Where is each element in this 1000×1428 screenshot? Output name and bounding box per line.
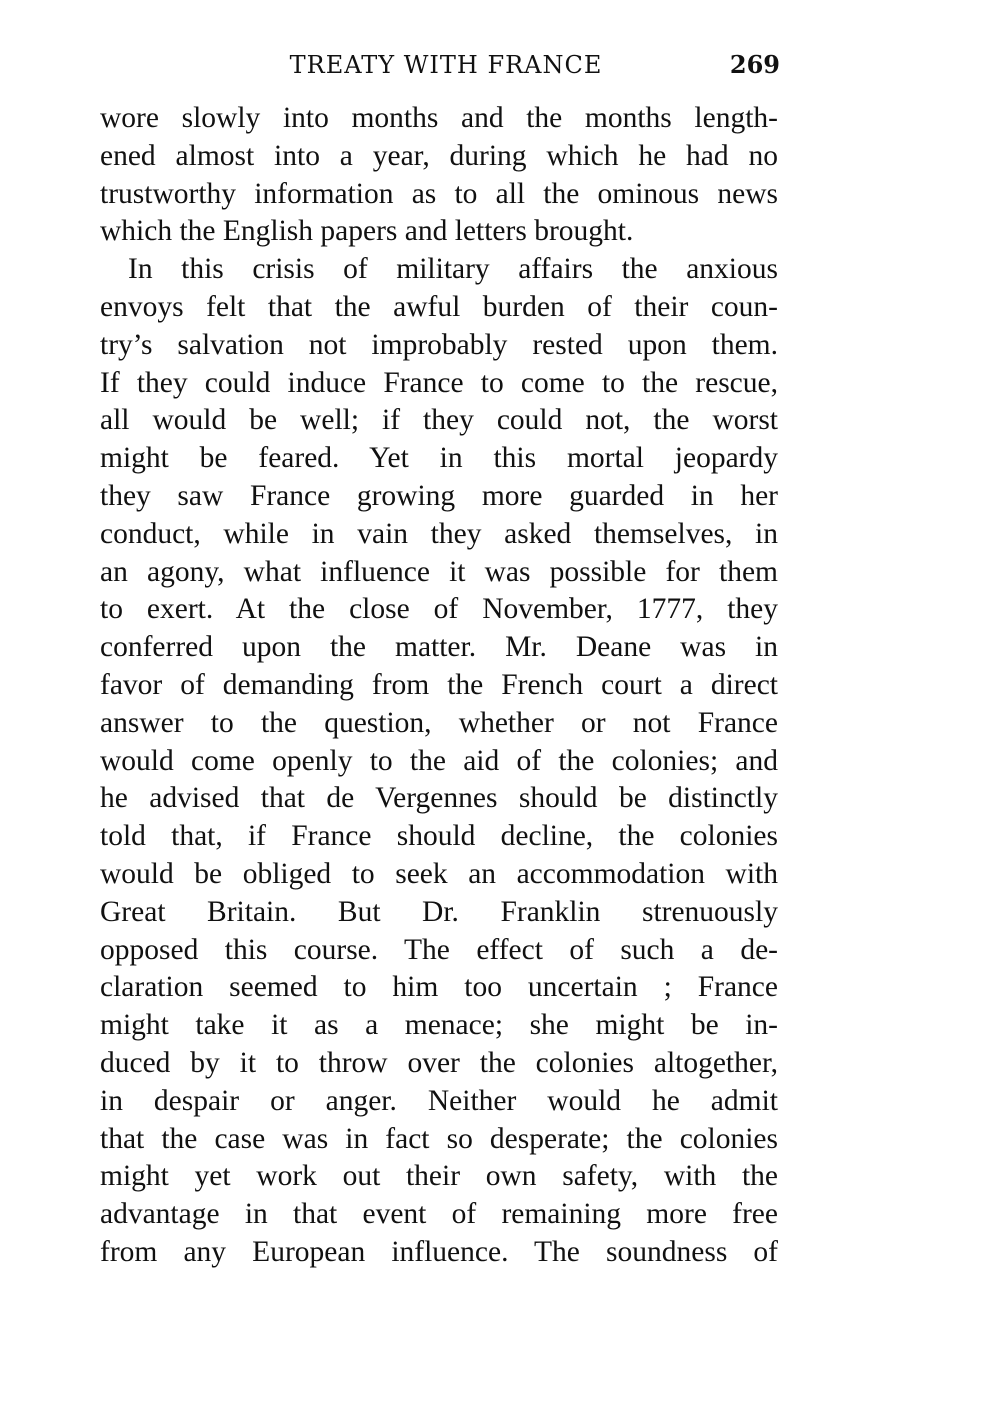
paragraph: wore slowly into months and the months l…	[100, 100, 778, 251]
text-line: told that, if France should decline, the…	[100, 818, 778, 856]
text-line: which the English papers and letters bro…	[100, 213, 778, 251]
text-line: might yet work out their own safety, wit…	[100, 1158, 778, 1196]
text-line: an agony, what influence it was possible…	[100, 554, 778, 592]
book-page: TREATY WITH FRANCE 269 wore slowly into …	[0, 0, 1000, 1428]
text-line: might be feared. Yet in this mortal jeop…	[100, 440, 778, 478]
text-line: all would be well; if they could not, th…	[100, 402, 778, 440]
paragraph: In this crisis of military affairs the a…	[100, 251, 778, 1272]
text-line: Great Britain. But Dr. Franklin strenuou…	[100, 894, 778, 932]
text-line: in despair or anger. Neither would he ad…	[100, 1083, 778, 1121]
text-line: ened almost into a year, during which he…	[100, 138, 778, 176]
running-header: TREATY WITH FRANCE 269	[100, 48, 780, 82]
text-line: might take it as a menace; she might be …	[100, 1007, 778, 1045]
text-line: trustworthy information as to all the om…	[100, 176, 778, 214]
page-number: 269	[730, 48, 780, 82]
text-line: would be obliged to seek an accommodatio…	[100, 856, 778, 894]
text-line: try’s salvation not improbably rested up…	[100, 327, 778, 365]
text-line: duced by it to throw over the colonies a…	[100, 1045, 778, 1083]
text-line: that the case was in fact so desperate; …	[100, 1121, 778, 1159]
text-line: they saw France growing more guarded in …	[100, 478, 778, 516]
text-line: advantage in that event of remaining mor…	[100, 1196, 778, 1234]
text-line: In this crisis of military affairs the a…	[100, 251, 778, 289]
text-line: claration seemed to him too uncertain ; …	[100, 969, 778, 1007]
text-line: If they could induce France to come to t…	[100, 365, 778, 403]
running-title: TREATY WITH FRANCE	[100, 48, 780, 82]
text-line: he advised that de Vergennes should be d…	[100, 780, 778, 818]
text-line: answer to the question, whether or not F…	[100, 705, 778, 743]
text-line: favor of demanding from the French court…	[100, 667, 778, 705]
text-line: opposed this course. The effect of such …	[100, 932, 778, 970]
body-text: wore slowly into months and the months l…	[100, 100, 778, 1272]
text-line: conferred upon the matter. Mr. Deane was…	[100, 629, 778, 667]
text-line: from any European influence. The soundne…	[100, 1234, 778, 1272]
text-line: to exert. At the close of November, 1777…	[100, 591, 778, 629]
text-line: envoys felt that the awful burden of the…	[100, 289, 778, 327]
text-line: would come openly to the aid of the colo…	[100, 743, 778, 781]
text-line: conduct, while in vain they asked themse…	[100, 516, 778, 554]
text-line: wore slowly into months and the months l…	[100, 100, 778, 138]
